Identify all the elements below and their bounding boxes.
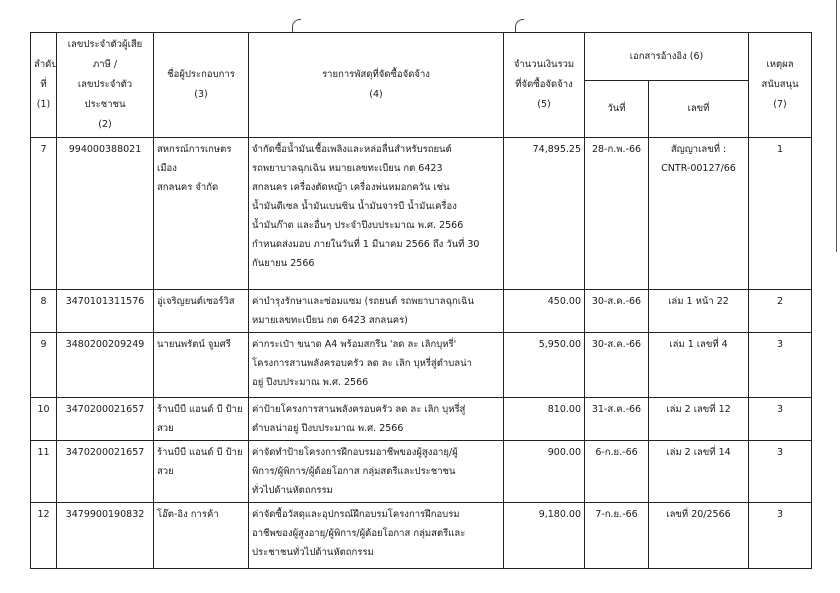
header-seq-line: ที่ — [34, 75, 53, 95]
header-amount: จำนวนเงินรวม ที่จัดซื้อจัดจ้าง (5) — [504, 33, 585, 138]
cell-amount: 900.00 — [504, 441, 585, 503]
table-row: 93480200209249นายนพรัตน์ จูมศรีค่ากระเป๋… — [31, 333, 812, 398]
cell-tax-id: 3470200021657 — [57, 441, 154, 503]
cell-ref-date: 6-ก.ย.-66 — [585, 441, 649, 503]
cell-items: ค่ากระเป๋า ขนาด A4 พร้อมสกรีน 'ลด ละ เลิ… — [249, 333, 504, 398]
cell-items: ค่าจัดซื้อวัสดุและอุปกรณ์ฝึกอบรมโครงการฝ… — [249, 503, 504, 569]
cell-vendor: ร้านบีบี แอนด์ บี ป้ายสวย — [154, 441, 249, 503]
cell-items-line: จำกัดซื้อน้ำมันเชื้อเพลิงและหล่อลื่นสำหร… — [252, 140, 500, 159]
table-row: 7994000388021สหกรณ์การเกษตรเมืองสกลนคร จ… — [31, 138, 812, 290]
header-amount-line: ที่จัดซื้อจัดจ้าง — [507, 75, 581, 95]
cell-ref-no-line: เล่ม 2 เลขที่ 12 — [652, 400, 745, 419]
cell-reason: 3 — [749, 441, 812, 503]
cell-items: ค่าป้ายโครงการสานพลังครอบครัว ลด ละ เลิก… — [249, 398, 504, 441]
header-items: รายการพัสดุที่จัดซื้อจัดจ้าง (4) — [249, 33, 504, 138]
header-amount-line: (5) — [507, 95, 581, 115]
table-row: 103470200021657ร้านบีบี แอนด์ บี ป้ายสวย… — [31, 398, 812, 441]
cell-items-line: พิการ/ผู้พิการ/ผู้ด้อยโอกาส กลุ่มสตรีและ… — [252, 462, 500, 481]
cell-seq: 8 — [31, 290, 57, 333]
cell-items-line: ประชาชนทั่วไปด้านหัตถกรรม — [252, 543, 500, 562]
header-seq-line: ลำดับ — [34, 55, 53, 75]
cell-tax-id: 3470101311576 — [57, 290, 154, 333]
table-row: 83470101311576อู่เจริญยนต์เซอร์วิสค่าบำร… — [31, 290, 812, 333]
header-seq: ลำดับ ที่ (1) — [31, 33, 57, 138]
cell-ref-date: 7-ก.ย.-66 — [585, 503, 649, 569]
cell-reason: 2 — [749, 290, 812, 333]
cell-ref-no-line: สัญญาเลขที่ : — [652, 140, 745, 159]
header-reason-line: (7) — [752, 95, 808, 115]
cell-ref-no: เล่ม 2 เลขที่ 14 — [649, 441, 749, 503]
cell-items-line: น้ำมันก๊าด และอื่นๆ ประจำปีงบประมาณ พ.ศ.… — [252, 216, 500, 235]
cell-vendor: ร้านบีบี แอนด์ บี ป้ายสวย — [154, 398, 249, 441]
cell-reason: 3 — [749, 503, 812, 569]
cell-ref-no-line: เล่ม 2 เลขที่ 14 — [652, 443, 745, 462]
table-row: 113470200021657ร้านบีบี แอนด์ บี ป้ายสวย… — [31, 441, 812, 503]
cell-ref-no-line: CNTR-00127/66 — [652, 159, 745, 178]
cell-vendor-line: ร้านบีบี แอนด์ บี ป้ายสวย — [157, 400, 245, 438]
header-tax-id-line: (2) — [60, 115, 150, 135]
cell-ref-no: เล่ม 2 เลขที่ 12 — [649, 398, 749, 441]
cell-ref-date: 30-ส.ค.-66 — [585, 333, 649, 398]
cell-vendor: โอ๊ต-อิง การค้า — [154, 503, 249, 569]
cell-items-line: ค่าบำรุงรักษาและซ่อมแซม (รถยนต์ รถพยาบาล… — [252, 292, 500, 311]
cell-seq: 10 — [31, 398, 57, 441]
cell-items-line: กำหนดส่งมอบ ภายในวันที่ 1 มีนาคม 2566 ถึ… — [252, 235, 500, 254]
header-tax-id: เลขประจำตัวผู้เสียภาษี / เลขประจำตัวประช… — [57, 33, 154, 138]
cell-vendor-line: อู่เจริญยนต์เซอร์วิส — [157, 292, 245, 311]
cell-items-line: โครงการสานพลังครอบครัว ลด ละ เลิก บุหรี่… — [252, 354, 500, 373]
cell-items-line: กันยายน 2566 — [252, 254, 500, 273]
cell-amount: 74,895.25 — [504, 138, 585, 290]
cell-ref-no-line: เล่ม 1 หน้า 22 — [652, 292, 745, 311]
header-reason-line: สนับสนุน — [752, 75, 808, 95]
cell-ref-date: 31-ส.ค.-66 — [585, 398, 649, 441]
cell-ref-date: 30-ส.ค.-66 — [585, 290, 649, 333]
header-tax-id-line: เลขประจำตัวผู้เสียภาษี / — [60, 35, 150, 75]
cell-reason: 1 — [749, 138, 812, 290]
header-seq-line: (1) — [34, 95, 53, 115]
header-items-line: (4) — [252, 85, 500, 105]
cell-ref-date: 28-ก.พ.-66 — [585, 138, 649, 290]
header-vendor: ชื่อผู้ประกอบการ (3) — [154, 33, 249, 138]
header-items-line: รายการพัสดุที่จัดซื้อจัดจ้าง — [252, 65, 500, 85]
cell-ref-no-line: เล่ม 1 เลขที่ 4 — [652, 335, 745, 354]
cell-vendor-line: สหกรณ์การเกษตรเมือง — [157, 140, 245, 178]
cell-tax-id: 3479900190832 — [57, 503, 154, 569]
header-reason-line: เหตุผล — [752, 55, 808, 75]
cell-vendor-line: นายนพรัตน์ จูมศรี — [157, 335, 245, 354]
page-edge-line — [836, 0, 837, 252]
header-ref-date: วันที่ — [585, 81, 649, 138]
cell-tax-id: 3480200209249 — [57, 333, 154, 398]
cell-amount: 9,180.00 — [504, 503, 585, 569]
cell-ref-no-line: เลขที่ 20/2566 — [652, 505, 745, 524]
cell-items-line: อาชีพของผู้สูงอายุ/ผู้พิการ/ผู้ด้อยโอกาส… — [252, 524, 500, 543]
cell-ref-no: เลขที่ 20/2566 — [649, 503, 749, 569]
cell-items: จำกัดซื้อน้ำมันเชื้อเพลิงและหล่อลื่นสำหร… — [249, 138, 504, 290]
cell-items: ค่าจัดทำป้ายโครงการฝึกอบรมอาชีพของผู้สูง… — [249, 441, 504, 503]
cell-tax-id: 3470200021657 — [57, 398, 154, 441]
header-ref-no: เลขที่ — [649, 81, 749, 138]
cell-seq: 7 — [31, 138, 57, 290]
cell-vendor-line: โอ๊ต-อิง การค้า — [157, 505, 245, 524]
cell-reason: 3 — [749, 398, 812, 441]
cell-items-line: ตำบลน่าอยู่ ปีงบประมาณ พ.ศ. 2566 — [252, 419, 500, 438]
cell-items-line: ค่าป้ายโครงการสานพลังครอบครัว ลด ละ เลิก… — [252, 400, 500, 419]
cell-ref-no: เล่ม 1 เลขที่ 4 — [649, 333, 749, 398]
cell-items-line: ค่าจัดซื้อวัสดุและอุปกรณ์ฝึกอบรมโครงการฝ… — [252, 505, 500, 524]
cell-tax-id: 994000388021 — [57, 138, 154, 290]
cell-items-line: รถพยาบาลฉุกเฉิน หมายเลขทะเบียน กต 6423 — [252, 159, 500, 178]
cell-seq: 11 — [31, 441, 57, 503]
cell-seq: 12 — [31, 503, 57, 569]
cell-vendor-line: สกลนคร จำกัด — [157, 178, 245, 197]
header-amount-line: จำนวนเงินรวม — [507, 55, 581, 75]
cell-amount: 450.00 — [504, 290, 585, 333]
cell-reason: 3 — [749, 333, 812, 398]
header-tax-id-line: เลขประจำตัวประชาชน — [60, 75, 150, 115]
cell-items-line: อยู่ ปีงบประมาณ พ.ศ. 2566 — [252, 373, 500, 392]
cell-items: ค่าบำรุงรักษาและซ่อมแซม (รถยนต์ รถพยาบาล… — [249, 290, 504, 333]
cell-items-line: สกลนคร เครื่องตัดหญ้า เครื่องพ่นหมอกควัน… — [252, 178, 500, 197]
cell-items-line: ค่ากระเป๋า ขนาด A4 พร้อมสกรีน 'ลด ละ เลิ… — [252, 335, 500, 354]
header-vendor-line: ชื่อผู้ประกอบการ — [157, 65, 245, 85]
cell-items-line: ทั่วไปด้านหัตถกรรม — [252, 481, 500, 500]
header-ref-docs: เอกสารอ้างอิง (6) — [585, 33, 749, 81]
cell-amount: 5,950.00 — [504, 333, 585, 398]
cell-items-line: น้ำมันดีเซล น้ำมันเบนซิน น้ำมันจารบี น้ำ… — [252, 197, 500, 216]
cell-vendor: สหกรณ์การเกษตรเมืองสกลนคร จำกัด — [154, 138, 249, 290]
cell-items-line: ค่าจัดทำป้ายโครงการฝึกอบรมอาชีพของผู้สูง… — [252, 443, 500, 462]
binding-mark — [515, 19, 524, 32]
cell-items-line: หมายเลขทะเบียน กต 6423 สกลนคร) — [252, 311, 500, 330]
cell-ref-no: เล่ม 1 หน้า 22 — [649, 290, 749, 333]
cell-vendor: นายนพรัตน์ จูมศรี — [154, 333, 249, 398]
cell-amount: 810.00 — [504, 398, 585, 441]
cell-vendor: อู่เจริญยนต์เซอร์วิส — [154, 290, 249, 333]
procurement-table: ลำดับ ที่ (1) เลขประจำตัวผู้เสียภาษี / เ… — [30, 32, 812, 569]
table-row: 123479900190832โอ๊ต-อิง การค้าค่าจัดซื้อ… — [31, 503, 812, 569]
cell-ref-no: สัญญาเลขที่ :CNTR-00127/66 — [649, 138, 749, 290]
header-reason: เหตุผล สนับสนุน (7) — [749, 33, 812, 138]
cell-seq: 9 — [31, 333, 57, 398]
cell-vendor-line: ร้านบีบี แอนด์ บี ป้ายสวย — [157, 443, 245, 481]
binding-mark — [292, 19, 301, 32]
header-vendor-line: (3) — [157, 85, 245, 105]
